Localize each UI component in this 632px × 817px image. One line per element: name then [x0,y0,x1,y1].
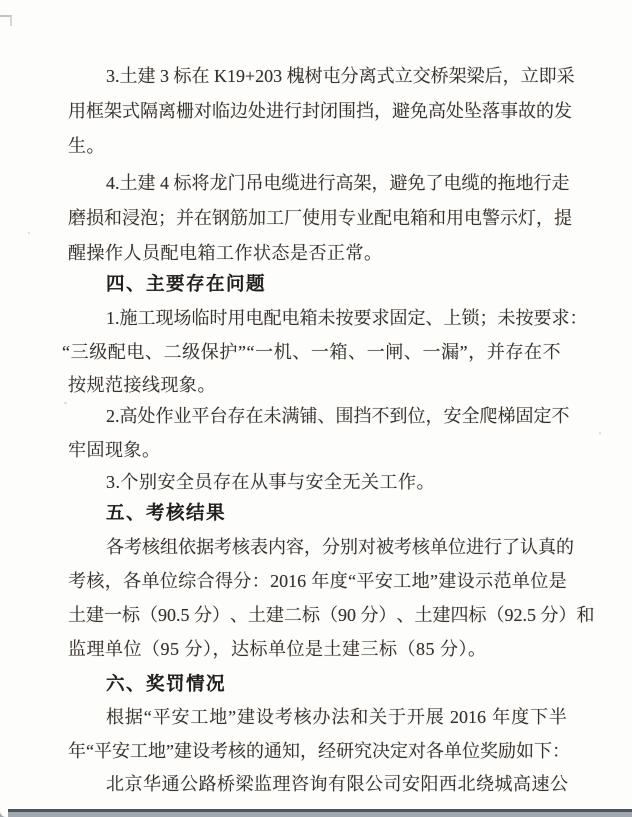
text-line: 年“平安工地”建设考核的通知，经研究决定对各单位奖励如下： [68,739,567,765]
text-line: “三级配电、二级保护”“一机、一箱、一闸、一漏”，并存在不 [62,340,561,366]
scan-speck [64,402,67,404]
text-line: 根据“平安工地”建设考核办法和关于开展 2016 年度下半 [68,705,567,731]
text-line: 考核，各单位综合得分：2016 年度“平安工地”建设示范单位是 [68,569,567,595]
text-line: 1.施工现场临时用电配电箱未按要求固定、上锁；未按要求： [68,306,567,332]
scan-speck [28,232,30,234]
text-line: 2.高处作业平台存在未满铺、围挡不到位，安全爬梯固定不 [68,404,567,430]
text-line: 北京华通公路桥梁监理咨询有限公司安阳西北绕城高速公 [68,772,567,798]
document-page: 3.土建 3 标在 K19+203 槐树屯分离式立交桥架梁后，立即采 用框架式隔… [0,0,632,817]
heading-main-problems: 四、主要存在问题 [68,272,567,298]
page-bottom-left-corner [0,806,8,817]
text-line: 磨损和浸泡；并在钢筋加工厂使用专业配电箱和用电警示灯，提 [68,206,567,232]
text-line: 各考核组依据考核表内容，分别对被考核单位进行了认真的 [68,535,567,561]
text-line: 牢固现象。 [68,438,567,464]
text-line-scores: 土建一标（90.5 分）、土建二标（90 分）、土建四标（92.5 分）和 [68,603,567,629]
text-line: 4.土建 4 标将龙门吊电缆进行高架，避免了电缆的拖地行走 [68,171,567,197]
text-line: 3.土建 3 标在 K19+203 槐树屯分离式立交桥架梁后，立即采 [68,64,567,90]
text-line: 3.个别安全员存在从事与安全无关工作。 [68,470,567,496]
text-line: 生。 [68,134,567,160]
heading-reward-punishment: 六、奖罚情况 [68,672,567,698]
text-line-scores: 监理单位（95 分），达标单位是土建三标（85 分）。 [68,637,567,663]
page-bottom-edge-shadow-light [0,812,632,817]
heading-assessment-results: 五、考核结果 [68,501,567,527]
text-line: 用框架式隔离栅对临边处进行封闭围挡，避免高处坠落事故的发 [68,99,567,125]
scan-speck [599,432,601,434]
scan-corner-artifact [0,15,12,26]
text-line: 醒操作人员配电箱工作状态是否正常。 [68,241,567,267]
text-line: 按规范接线现象。 [68,373,567,399]
